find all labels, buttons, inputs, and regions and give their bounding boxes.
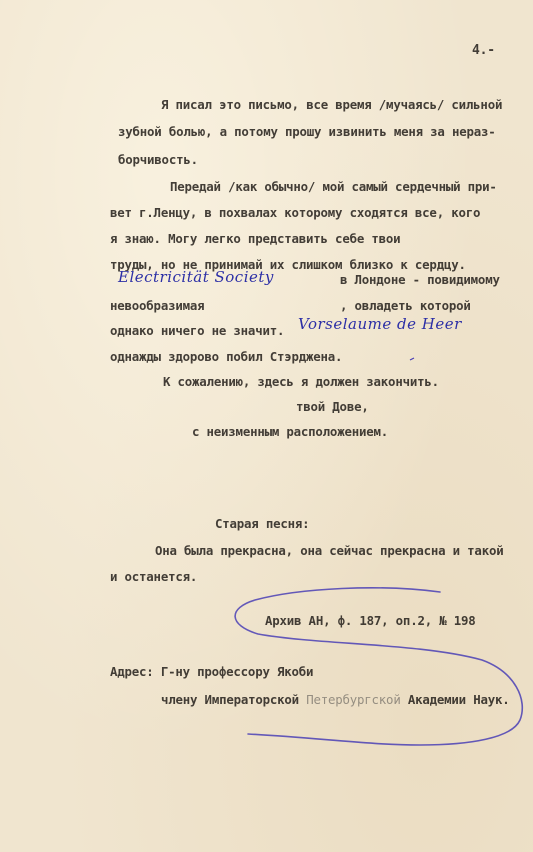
- paragraph-1-line-1: Я писал это письмо, все время /мучаясь/ …: [161, 97, 502, 112]
- paragraph-1-line-3: борчивость.: [118, 152, 198, 167]
- paragraph-2-line-2: вет г.Ленцу, в похвалах которому сходятс…: [110, 205, 480, 220]
- archive-reference: Архив АН, ф. 187, оп.2, № 198: [265, 613, 476, 628]
- closing-regards: с неизменным расположением.: [192, 424, 388, 439]
- signature: твой Дове,: [296, 399, 369, 414]
- address-line-2a: члену Императорской: [161, 692, 306, 707]
- page-number: 4.-: [472, 43, 495, 58]
- paragraph-2-line-1: Передай /как обычно/ мой самый сердечный…: [170, 179, 497, 194]
- paragraph-1-line-2: зубной болью, а потому прошу извинить ме…: [118, 124, 496, 139]
- document-page: 4.- Я писал это письмо, все время /мучая…: [0, 0, 533, 852]
- postscript-title: Старая песня:: [215, 516, 309, 531]
- postscript-line-2: и останется.: [110, 569, 197, 584]
- paragraph-3-line-2-start: невообразимая: [110, 298, 204, 313]
- handwritten-name: Vorselaume de Heer: [298, 315, 462, 333]
- address-line-2c: Академии Наук.: [401, 692, 510, 707]
- paragraph-3-line-2-end: , овладеть которой: [340, 298, 471, 313]
- paragraph-2-line-3: я знаю. Могу легко представить себе твои: [110, 231, 400, 246]
- paragraph-3-line-3: однако ничего не значит.: [110, 323, 284, 338]
- address-line-2: члену Императорской Петербургской Академ…: [161, 692, 510, 707]
- paragraph-3-line-4: однажды здорово побил Стэрджена.: [110, 349, 342, 364]
- address-line-1: Адрес: Г-ну профессору Якоби: [110, 664, 313, 679]
- address-line-2b: Петербургской: [306, 692, 400, 707]
- closing-line: К сожалению, здесь я должен закончить.: [163, 374, 439, 389]
- handwritten-electricitat-society: Electricität Society: [118, 268, 274, 286]
- paragraph-3-line-1: в Лондоне - повидимому: [340, 272, 500, 287]
- postscript-line-1: Она была прекрасна, она сейчас прекрасна…: [155, 543, 503, 558]
